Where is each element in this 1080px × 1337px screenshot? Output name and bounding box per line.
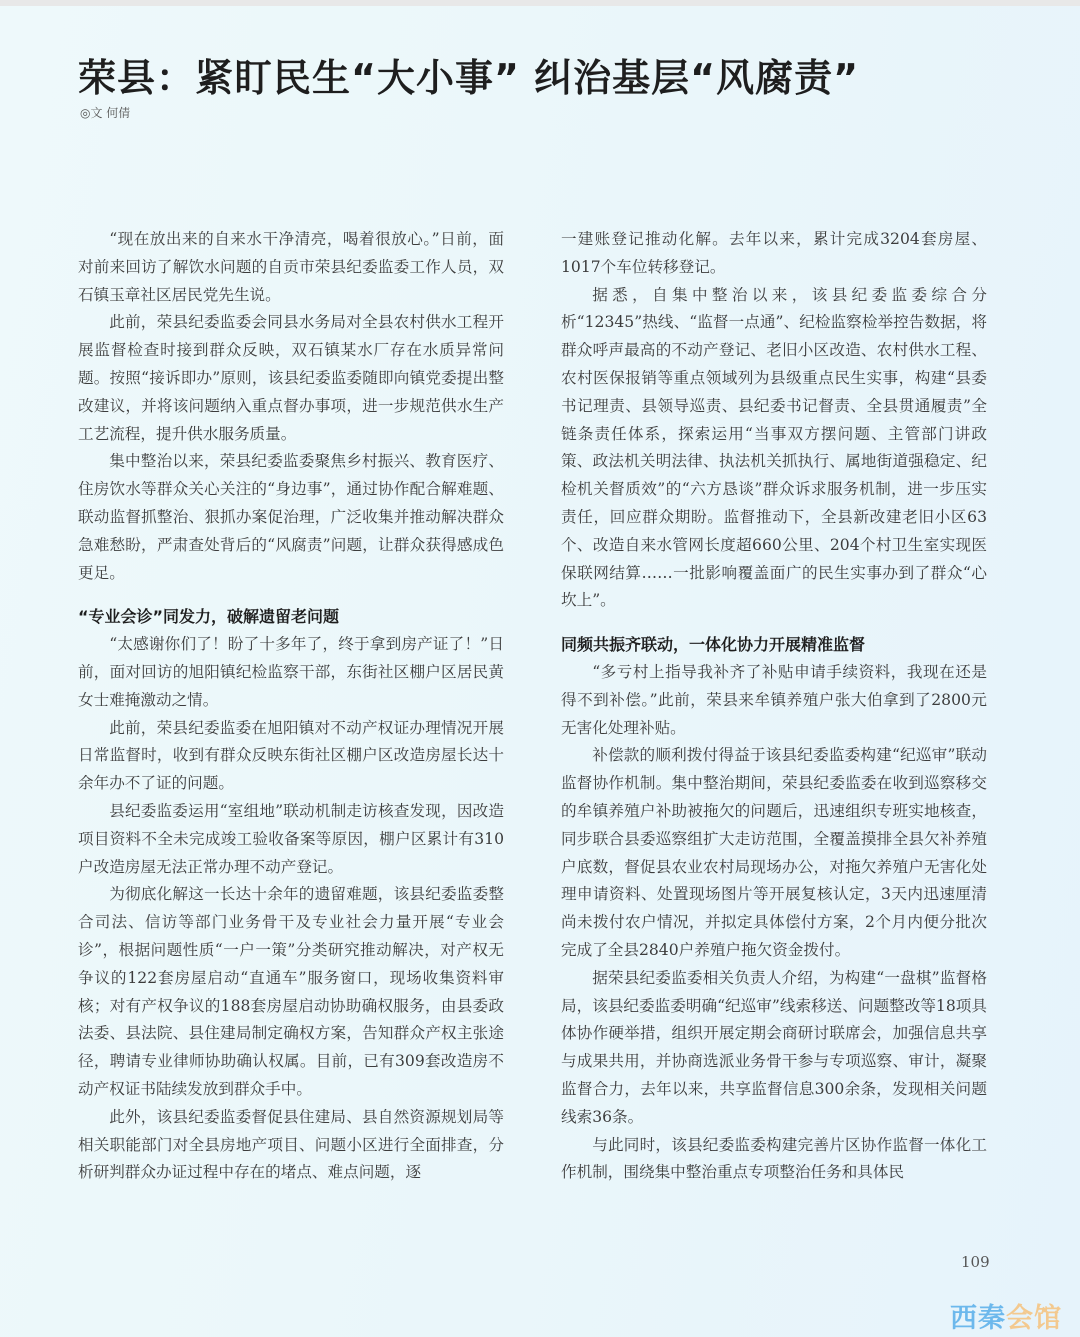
paragraph: 据荣县纪委监委相关负责人介绍，为构建“一盘棋”监督格局，该县纪委监委明确“纪巡审… [561,965,987,1132]
paragraph: 集中整治以来，荣县纪委监委聚焦乡村振兴、教育医疗、住房饮水等群众关心关注的“身边… [78,448,504,587]
watermark-part-2: 会馆 [1006,1303,1062,1334]
top-strip [0,0,1080,6]
paragraph: 据悉，自集中整治以来，该县纪委监委综合分析“12345”热线、“监督一点通”、纪… [561,282,987,616]
paragraph: 与此同时，该县纪委监委构建完善片区协作监督一体化工作机制，围绕集中整治重点专项整… [561,1132,987,1188]
page-number: 109 [961,1253,990,1271]
paragraph: 补偿款的顺利拨付得益于该县纪委监委构建“纪巡审”联动监督协作机制。集中整治期间，… [561,742,987,964]
paragraph: 此外，该县纪委监委督促县住建局、县自然资源规划局等相关职能部门对全县房地产项目、… [78,1104,504,1187]
right-column: 一建账登记推动化解。去年以来，累计完成3204套房屋、1017个车位转移登记。 … [561,226,987,1187]
article-byline: ◎文 何倩 [80,104,130,121]
paragraph: 此前，荣县纪委监委在旭阳镇对不动产权证办理情况开展日常监督时，收到有群众反映东街… [78,715,504,798]
paragraph: 一建账登记推动化解。去年以来，累计完成3204套房屋、1017个车位转移登记。 [561,226,987,282]
paragraph: 为彻底化解这一长达十余年的遗留难题，该县纪委监委整合司法、信访等部门业务骨干及专… [78,881,504,1103]
section-heading: 同频共振齐联动，一体化协力开展精准监督 [561,631,987,659]
article-title: 荣县：紧盯民生“大小事” 纠治基层“风腐责” [78,52,859,104]
paragraph: 此前，荣县纪委监委会同县水务局对全县农村供水工程开展监督检查时接到群众反映，双石… [78,309,504,448]
watermark-part-1: 西秦 [950,1303,1006,1334]
paragraph: “现在放出来的自来水干净清亮，喝着很放心。”日前，面对前来回访了解饮水问题的自贡… [78,226,504,309]
section-heading: “专业会诊”同发力，破解遗留老问题 [78,603,504,631]
paragraph: “多亏村上指导我补齐了补贴申请手续资料，我现在还是得不到补偿。”此前，荣县来牟镇… [561,659,987,742]
paragraph: 县纪委监委运用“室组地”联动机制走访核查发现，因改造项目资料不全未完成竣工验收备… [78,798,504,881]
left-column: “现在放出来的自来水干净清亮，喝着很放心。”日前，面对前来回访了解饮水问题的自贡… [78,226,504,1187]
paragraph: “太感谢你们了！盼了十多年了，终于拿到房产证了！”日前，面对回访的旭阳镇纪检监察… [78,631,504,714]
watermark-logo: 西秦会馆 [950,1296,1062,1335]
